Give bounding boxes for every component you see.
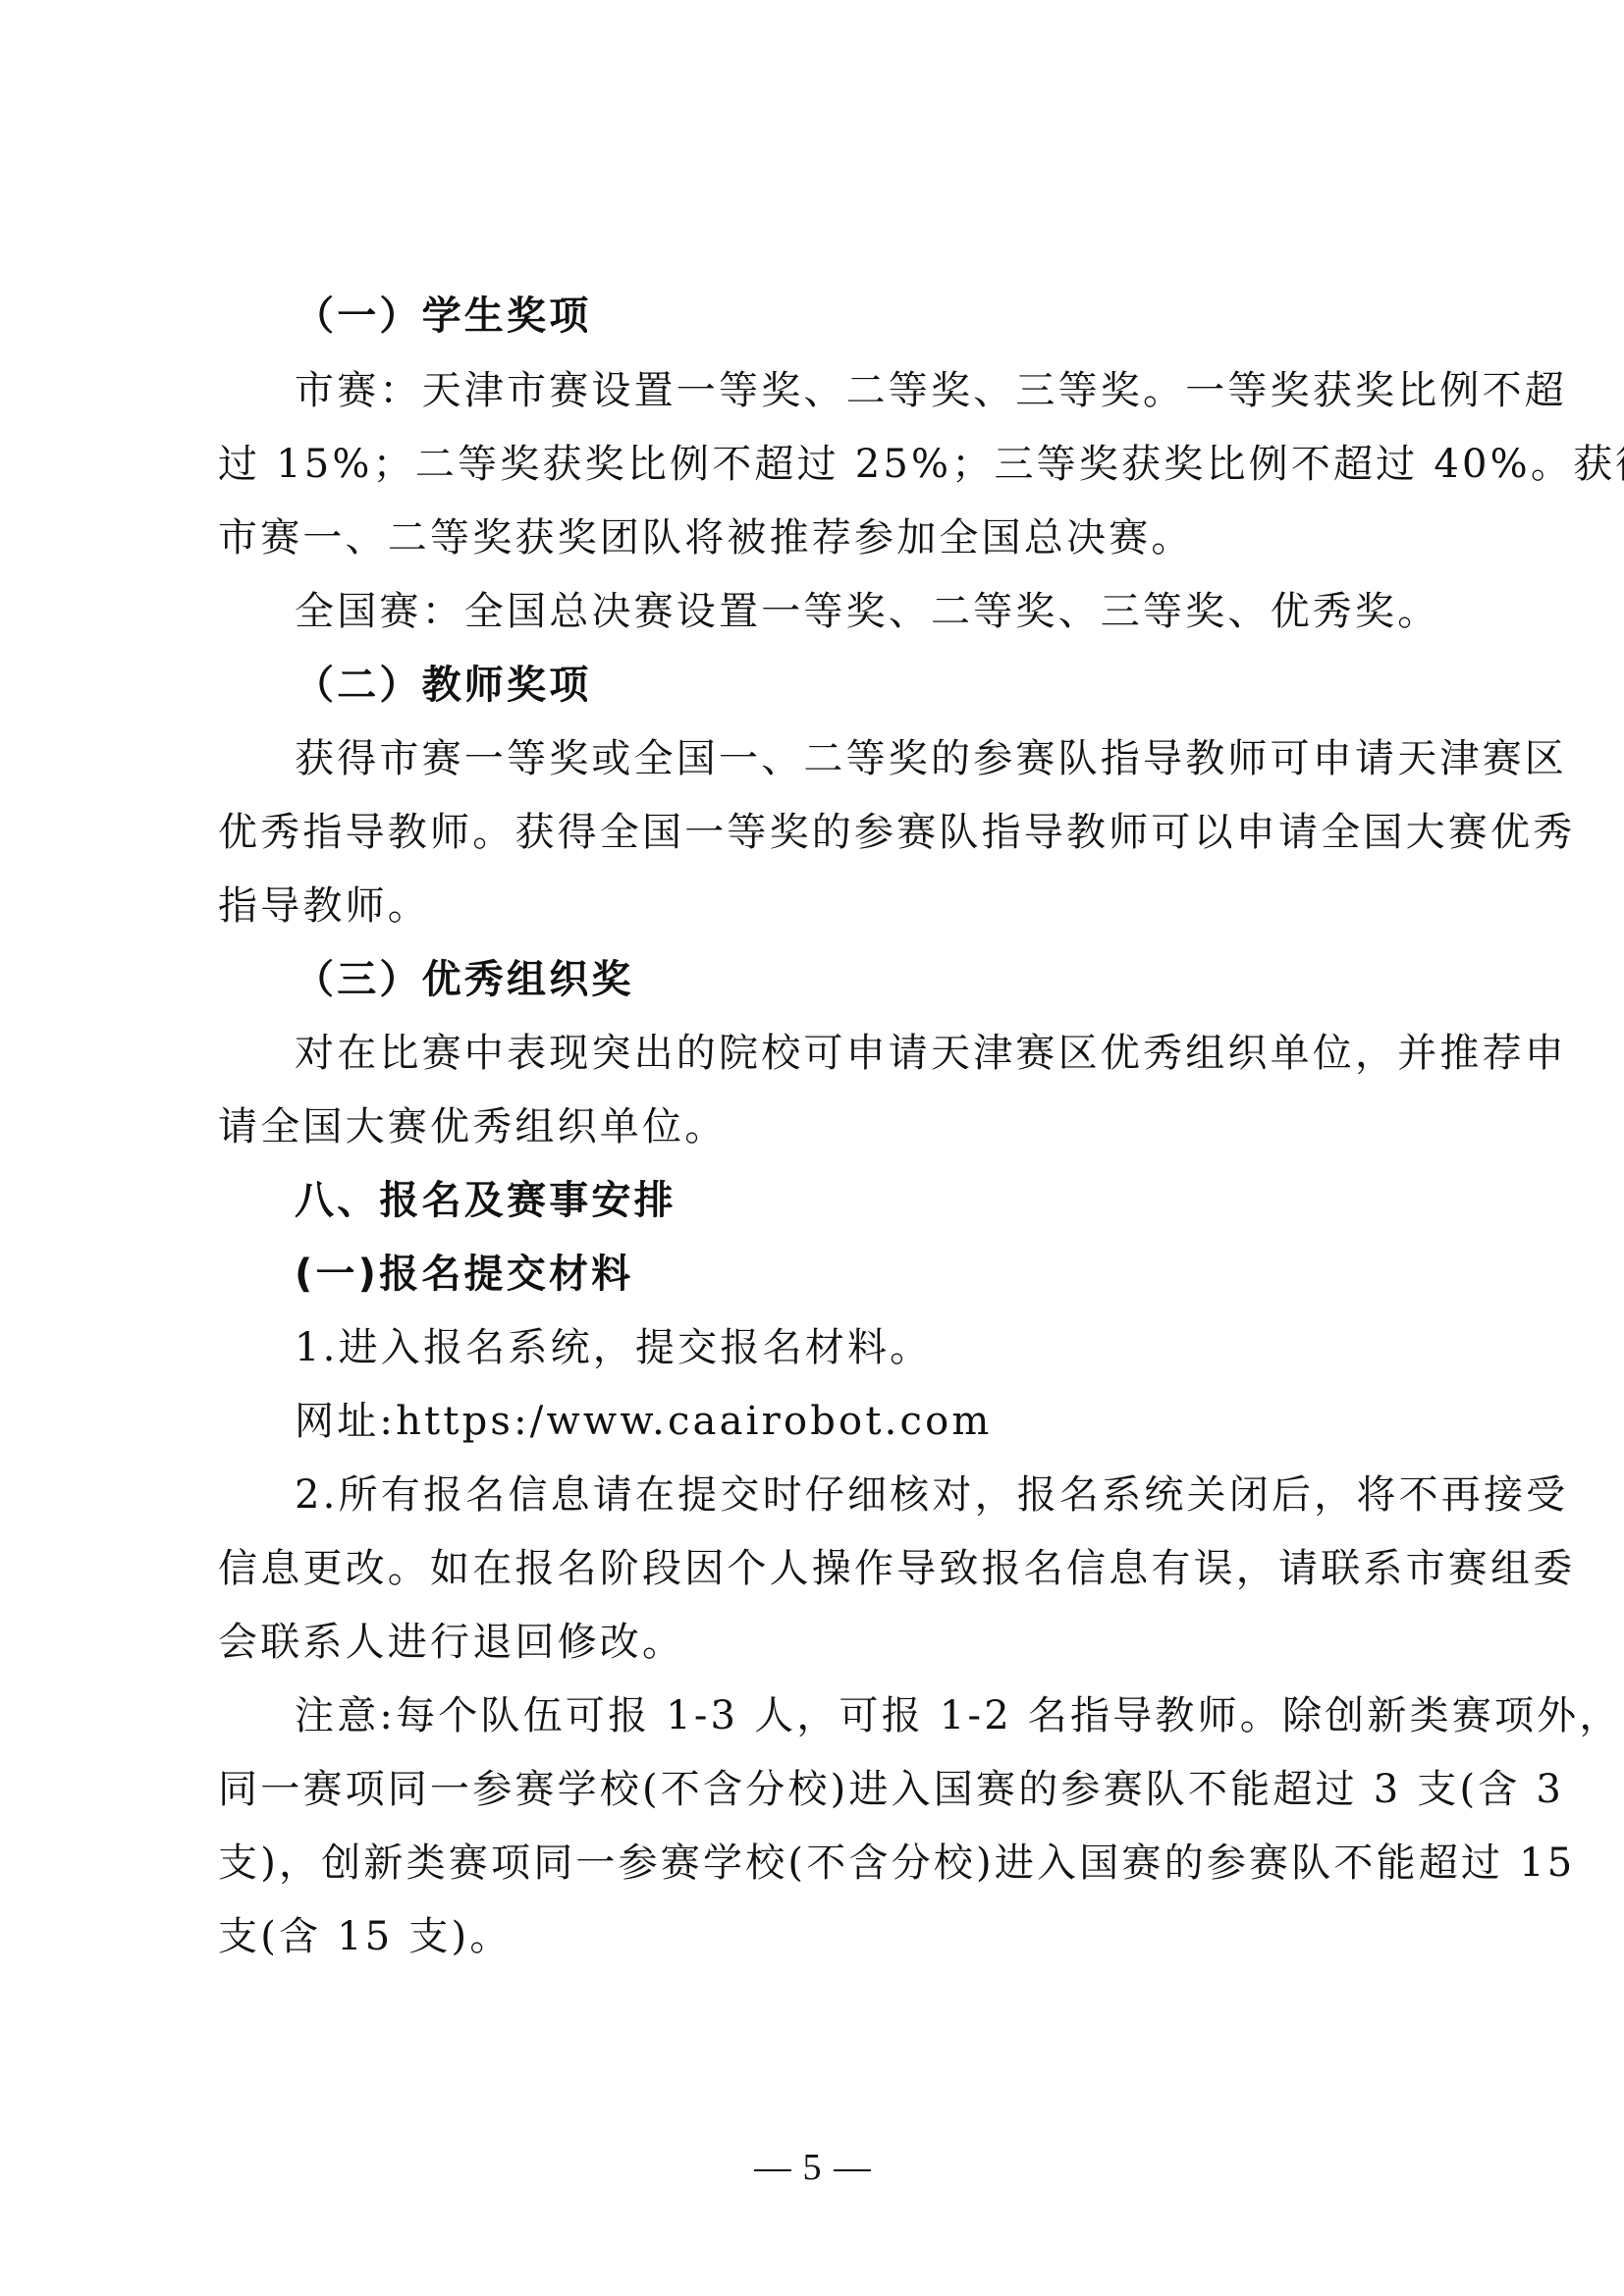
subsection-heading-materials: (一)报名提交材料: [218, 1249, 1432, 1300]
paragraph-line: 市赛一、二等奖获奖团队将被推荐参加全国总决赛。: [218, 512, 1432, 563]
section-heading-registration: 八、报名及赛事安排: [218, 1175, 1432, 1226]
page-number: 5: [803, 2147, 822, 2188]
paragraph-line: 获得市赛一等奖或全国一、二等奖的参赛队指导教师可申请天津赛区: [218, 733, 1432, 784]
paragraph-line: 2.所有报名信息请在提交时仔细核对，报名系统关闭后，将不再接受: [218, 1469, 1432, 1521]
paragraph-line: 信息更改。如在报名阶段因个人操作导致报名信息有误，请联系市赛组委: [218, 1543, 1432, 1594]
paragraph-line: 优秀指导教师。获得全国一等奖的参赛队指导教师可以申请全国大赛优秀: [218, 807, 1432, 858]
registration-url: 网址:https:/www.caairobot.com: [218, 1396, 1432, 1447]
note-line: 支)，创新类赛项同一参赛学校(不含分校)进入国赛的参赛队不能超过 15: [218, 1838, 1432, 1889]
paragraph-line: 全国赛：全国总决赛设置一等奖、二等奖、三等奖、优秀奖。: [218, 586, 1432, 637]
paragraph-line: 市赛：天津市赛设置一等奖、二等奖、三等奖。一等奖获奖比例不超: [218, 365, 1432, 416]
list-item: 1.进入报名系统，提交报名材料。: [218, 1322, 1432, 1373]
page-footer: 5: [0, 2146, 1624, 2189]
section-heading-organization-award: （三）优秀组织奖: [218, 954, 1432, 1005]
paragraph-line: 对在比赛中表现突出的院校可申请天津赛区优秀组织单位，并推荐申: [218, 1028, 1432, 1079]
paragraph-line: 指导教师。: [218, 881, 1432, 932]
note-line: 同一赛项同一参赛学校(不含分校)进入国赛的参赛队不能超过 3 支(含 3: [218, 1764, 1432, 1815]
section-heading-teacher-awards: （二）教师奖项: [218, 660, 1432, 711]
paragraph-line: 请全国大赛优秀组织单位。: [218, 1101, 1432, 1152]
note-line: 支(含 15 支)。: [218, 1911, 1432, 1962]
paragraph-line: 过 15%；二等奖获奖比例不超过 25%；三等奖获奖比例不超过 40%。获得: [218, 439, 1432, 490]
dash-left: [754, 2169, 791, 2171]
section-heading-student-awards: （一）学生奖项: [218, 291, 1432, 342]
note-line: 注意:每个队伍可报 1-3 人，可报 1-2 名指导教师。除创新类赛项外，: [218, 1690, 1432, 1741]
paragraph-line: 会联系人进行退回修改。: [218, 1617, 1432, 1668]
dash-right: [834, 2169, 871, 2171]
